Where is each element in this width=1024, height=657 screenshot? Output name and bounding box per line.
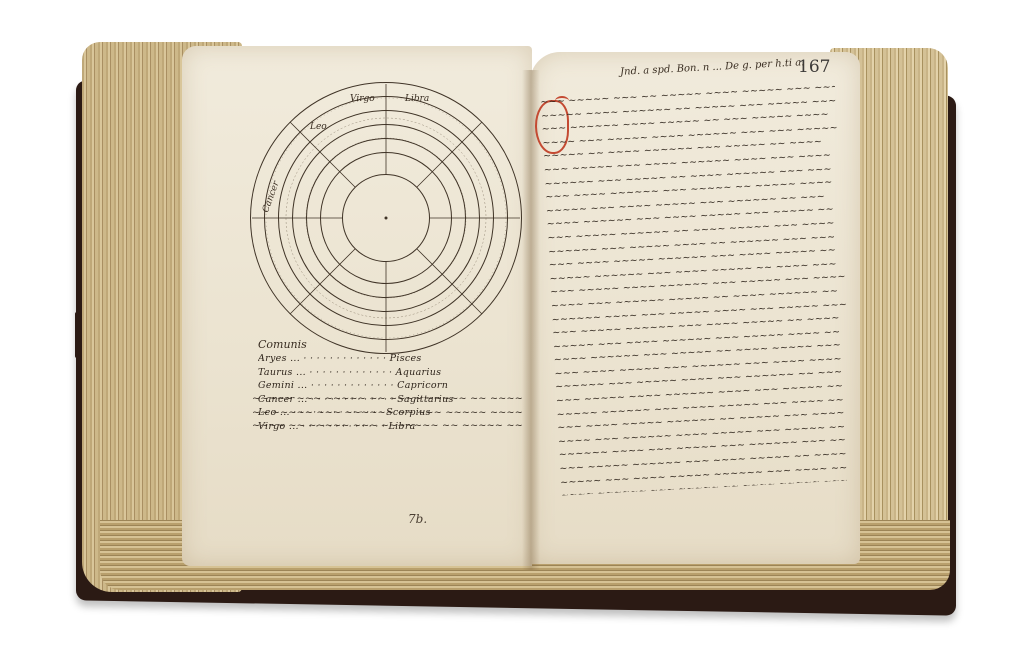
- right-page-text-block: ~~~ ~~~~~ ~~~ ~~ ~~~~~ ~~~~ ~~~~~ ~~~ ~~…: [540, 81, 856, 496]
- manuscript-photo: Leo Cancer Virgo Libra Comunis Aryes ...…: [0, 0, 1024, 657]
- book-gutter: [522, 70, 540, 570]
- zodiac-label: Libra: [405, 94, 429, 104]
- table-heading: Comunis: [258, 338, 307, 351]
- zodiac-label: Virgo: [350, 94, 375, 104]
- zodiac-label: Leo: [310, 122, 327, 132]
- circular-calendar-diagram: Leo Cancer Virgo Libra: [250, 82, 522, 354]
- leaf-mark: 7b.: [408, 512, 427, 526]
- cover-clasp: [75, 312, 81, 358]
- left-page-notes: ~~~~~ ~~~ ~~~~~ ~~ ~~~~ ~~~~~ ~~ ~~~~~ ~…: [252, 392, 524, 448]
- diagram-spokes: [250, 82, 522, 354]
